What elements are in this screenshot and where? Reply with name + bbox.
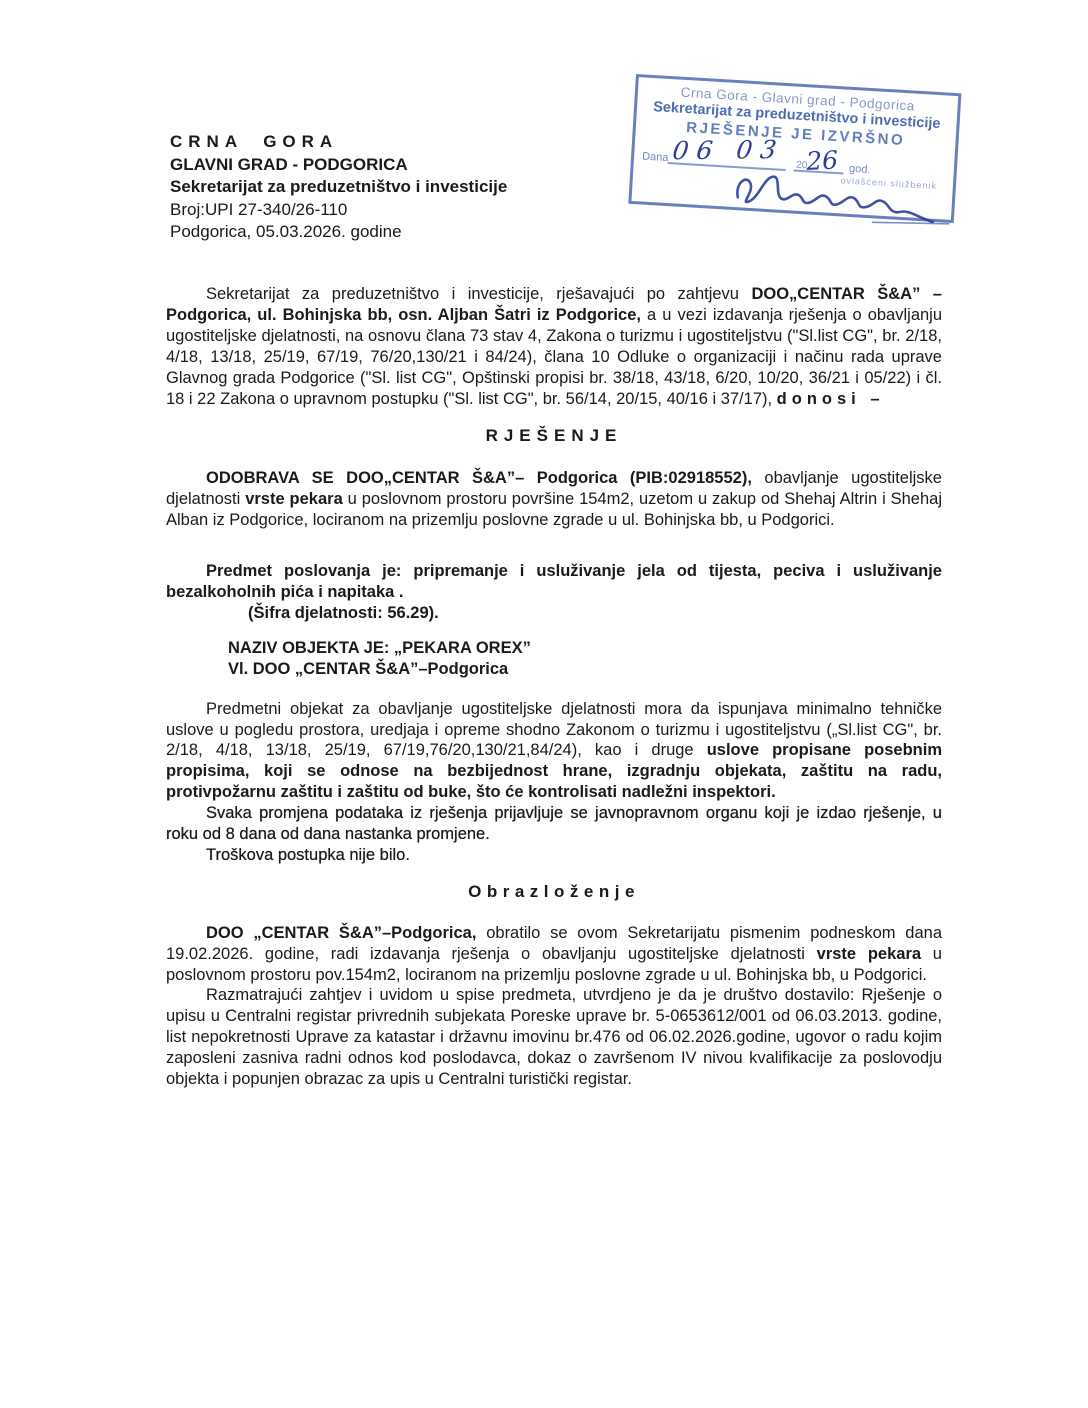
case-number: Broj:UPI 27-340/26-110	[170, 199, 507, 222]
explanation-paragraph-1: DOO „CENTAR Š&A”–Podgorica, obratilo se …	[166, 923, 942, 986]
letterhead-country: CRNA GORA	[170, 131, 507, 154]
explanation-paragraph-2: Razmatrajući zahtjev i uvidom u spise pr…	[166, 985, 942, 1090]
object-name-block: NAZIV OBJEKTA JE: „PEKARA OREX”Vl. DOO „…	[166, 638, 942, 680]
letterhead-city: GLAVNI GRAD - PODGORICA	[170, 154, 507, 177]
approval-run-1: ODOBRAVA SE DOO„CENTAR Š&A”– Podgorica (…	[206, 469, 752, 487]
change-notice-paragraph: Svaka promjena podataka iz rješenja prij…	[166, 803, 942, 845]
activity-code: (Šifra djelatnosti: 56.29).	[166, 603, 439, 624]
owner-line: Vl. DOO „CENTAR Š&A”–Podgorica	[228, 660, 508, 678]
stamp-date-label: Dana	[642, 151, 669, 165]
explanation-run-type: vrste pekara	[817, 945, 921, 963]
document-page: CRNA GORA GLAVNI GRAD - PODGORICA Sekret…	[0, 0, 1088, 1408]
business-subject-text: Predmet poslovanja je: pripremanje i usl…	[166, 562, 942, 601]
place-and-date: Podgorica, 05.03.2026. godine	[170, 221, 507, 244]
intro-donosi: donosi –	[777, 390, 885, 408]
signature-scribble	[722, 160, 960, 236]
letterhead-department: Sekretarijat za preduzetništvo i investi…	[170, 176, 507, 199]
decision-title: RJEŠENJE	[166, 426, 942, 447]
object-name-line: NAZIV OBJEKTA JE: „PEKARA OREX”	[228, 639, 531, 657]
business-subject-paragraph: Predmet poslovanja je: pripremanje i usl…	[166, 561, 942, 624]
approval-paragraph: ODOBRAVA SE DOO„CENTAR Š&A”– Podgorica (…	[166, 468, 942, 531]
explanation-run-company: DOO „CENTAR Š&A”–Podgorica,	[206, 924, 476, 942]
handwritten-date: 06 03	[671, 139, 785, 162]
document-body: Sekretarijat za preduzetništvo i investi…	[166, 284, 942, 1090]
intro-paragraph: Sekretarijat za preduzetništvo i investi…	[166, 284, 942, 409]
letterhead: CRNA GORA GLAVNI GRAD - PODGORICA Sekret…	[170, 131, 507, 244]
approval-run-type: vrste pekara	[245, 490, 343, 508]
costs-line: Troškova postupka nije bilo.	[166, 845, 942, 866]
conditions-paragraph: Predmetni objekat za obavljanje ugostite…	[166, 699, 942, 804]
explanation-title: Obrazloženje	[166, 882, 942, 903]
executive-stamp: Crna Gora - Glavni grad - Podgorica Sekr…	[628, 74, 961, 223]
intro-run-1: Sekretarijat za preduzetništvo i investi…	[206, 285, 751, 303]
